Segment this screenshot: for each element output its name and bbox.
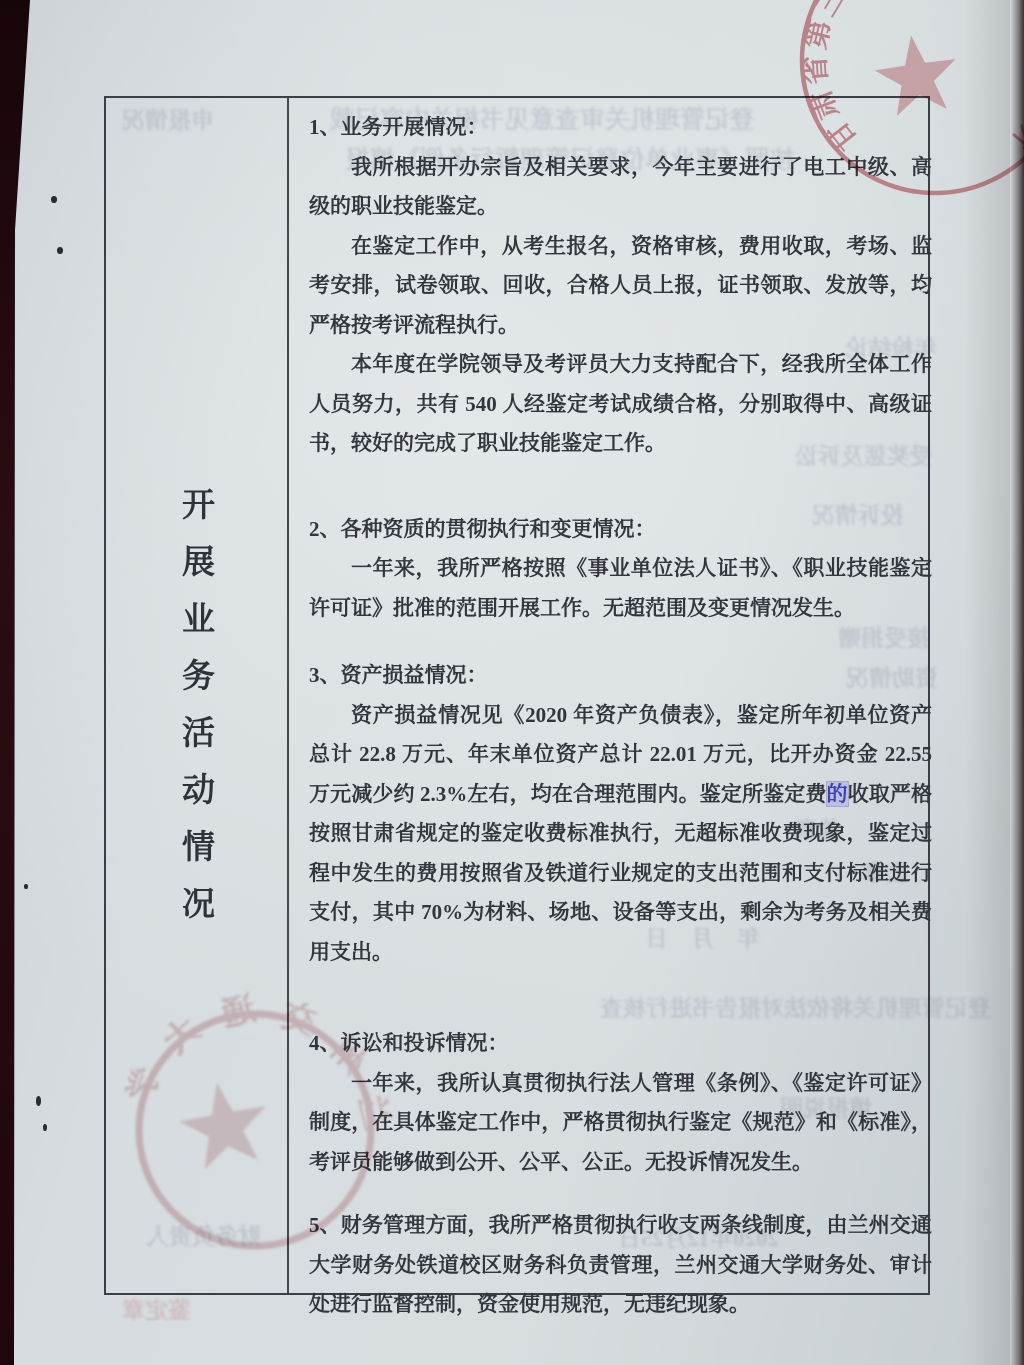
highlighted-character: 的 [827, 782, 848, 806]
section-2-heading: 2、各种资质的贯彻执行和变更情况： [309, 510, 932, 550]
section-asset-profit-loss: 3、资产损益情况： 资产损益情况见《2020 年资产负债表》，鉴定所年初单位资产… [309, 656, 932, 972]
ink-speck [57, 247, 63, 254]
scanned-document-page: { "colors": { "paper": "#d4dadd", "ink":… [0, 0, 1024, 1365]
section-3-heading: 3、资产损益情况： [309, 656, 932, 696]
official-stamp-gansu-skill-institute: 甘肃省第三十一国家职业技能鉴定所 [785, 0, 1024, 210]
section-1-paragraph: 本年度在学院领导及考评员大力支持配合下，经我所全体工作人员努力，共有 540 人… [309, 345, 932, 464]
row-header-business-activities: 开展业务活动情况 [178, 487, 211, 943]
ink-speck [24, 884, 28, 889]
section-3-paragraph: 资产损益情况见《2020 年资产负债表》，鉴定所年初单位资产总计 22.8 万元… [309, 696, 932, 973]
section-qualifications: 2、各种资质的贯彻执行和变更情况： 一年来，我所严格按照《事业单位法人证书》、《… [309, 510, 932, 629]
ink-speck [51, 196, 57, 203]
photo-dark-edge-left [0, 0, 34, 1365]
stamp-star-icon [871, 30, 963, 118]
bleedthrough-text: 鉴定章 [122, 1292, 191, 1325]
section-3-text-after-highlight: 收取严格按照甘肃省规定的鉴定收费标准执行，无超标准收费现象，鉴定过程中发生的费用… [309, 782, 932, 964]
ink-speck [43, 1124, 47, 1131]
section-1-paragraph: 在鉴定工作中，从考生报名，资格审核，费用收取，考场、监考安排，试卷领取、回收，合… [309, 227, 932, 346]
section-2-paragraph: 一年来，我所严格按照《事业单位法人证书》、《职业技能鉴定许可证》批准的范围开展工… [309, 549, 932, 628]
bleedthrough-stamp-university: 兰州交通大学 [105, 982, 405, 1282]
stamp-star-icon [174, 1075, 275, 1172]
ink-speck [36, 1096, 41, 1106]
